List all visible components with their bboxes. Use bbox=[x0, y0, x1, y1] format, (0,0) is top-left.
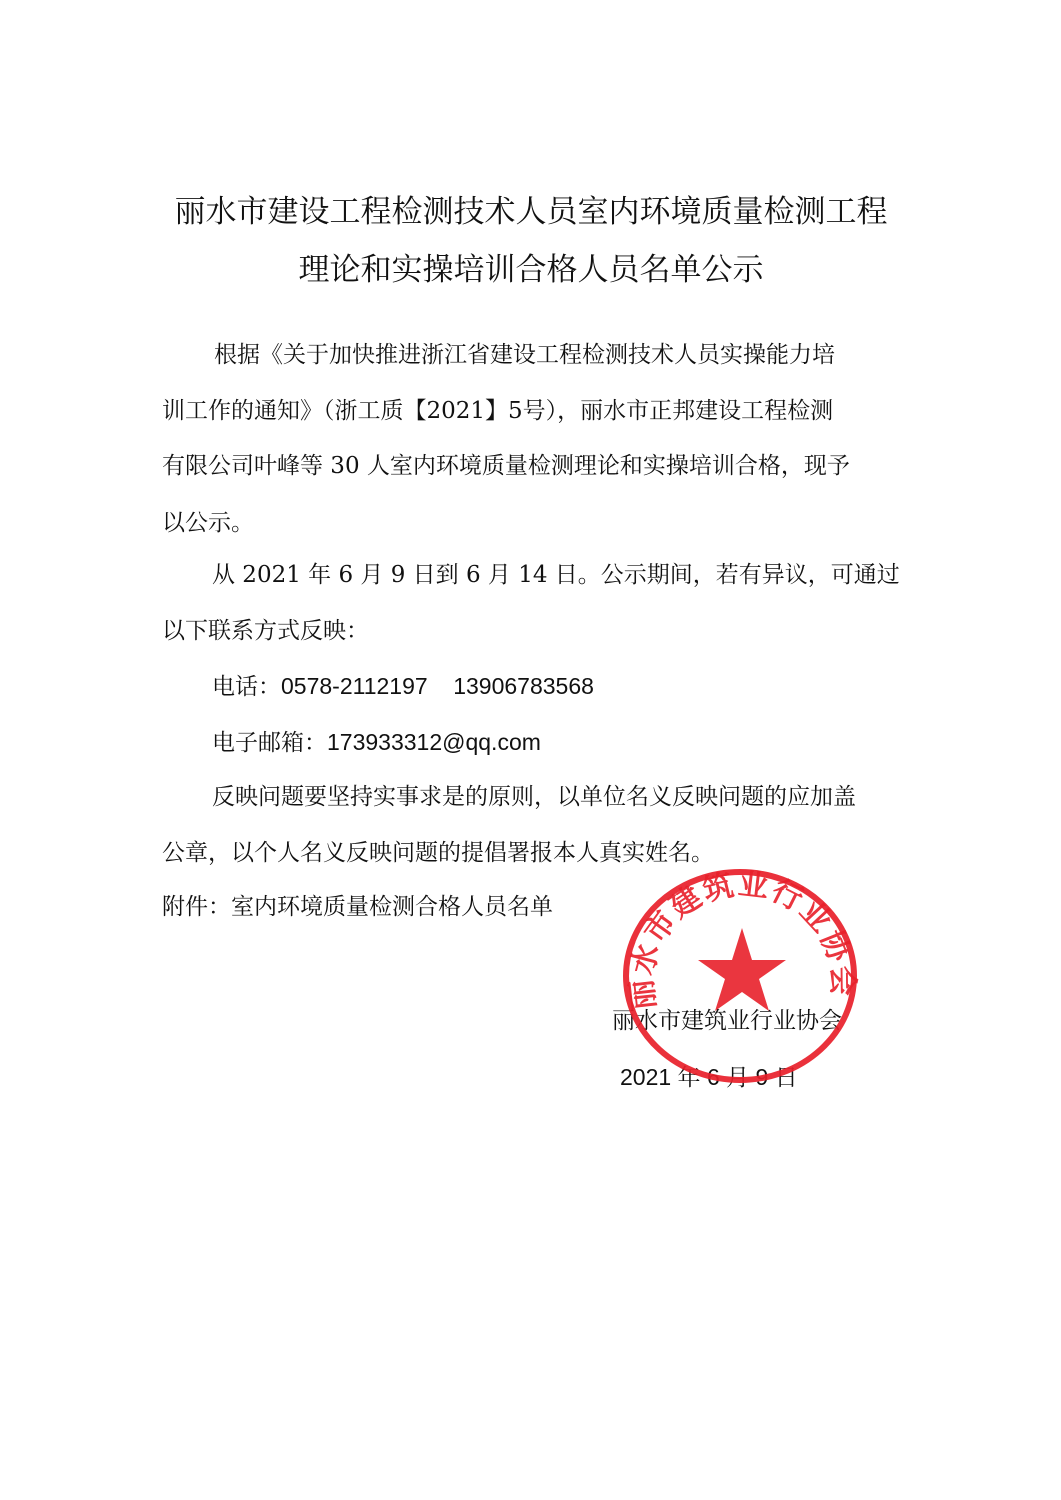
document-page: 丽水市建设工程检测技术人员室内环境质量检测工程 理论和实操培训合格人员名单公示 … bbox=[0, 0, 1061, 1500]
svg-text:丽水市建筑业行业协会: 丽水市建筑业行业协会 bbox=[624, 868, 859, 1011]
attachment-line: 附件：室内环境质量检测合格人员名单 bbox=[162, 894, 553, 920]
star-icon bbox=[698, 928, 786, 1011]
signature-organization: 丽水市建筑业行业协会 bbox=[612, 1008, 842, 1034]
signature-date: 2021 年 6 月 9 日 bbox=[620, 1064, 798, 1090]
document-title-line2: 理论和实操培训合格人员名单公示 bbox=[150, 254, 912, 286]
paragraph1-line4: 以公示。 bbox=[162, 510, 254, 536]
seal-text: 丽水市建筑业行业协会 bbox=[624, 868, 859, 1011]
phone-values: 0578-2112197 13906783568 bbox=[281, 673, 594, 699]
contact-email: 电子邮箱：173933312@qq.com bbox=[212, 729, 541, 756]
paragraph3-line2: 公章，以个人名义反映问题的提倡署报本人真实姓名。 bbox=[162, 840, 714, 866]
phone-label: 电话： bbox=[212, 674, 281, 700]
paragraph3-line1: 反映问题要坚持实事求是的原则，以单位名义反映问题的应加盖 bbox=[212, 784, 856, 810]
email-label: 电子邮箱： bbox=[212, 730, 327, 756]
paragraph1-line2: 训工作的通知》（浙工质【2021】5号），丽水市正邦建设工程检测 bbox=[162, 398, 833, 424]
attachment-label: 附件： bbox=[162, 894, 231, 920]
paragraph1-line1: 根据《关于加快推进浙江省建设工程检测技术人员实操能力培 bbox=[214, 342, 835, 368]
paragraph1-line3: 有限公司叶峰等 30 人室内环境质量检测理论和实操培训合格，现予 bbox=[162, 453, 850, 479]
contact-phone: 电话：0578-2112197 13906783568 bbox=[212, 673, 594, 700]
email-value: 173933312@qq.com bbox=[327, 729, 541, 755]
paragraph2-line2: 以下联系方式反映： bbox=[162, 618, 369, 644]
paragraph2-line1: 从 2021 年 6 月 9 日到 6 月 14 日。公示期间，若有异议，可通过 bbox=[212, 562, 900, 588]
document-title-line1: 丽水市建设工程检测技术人员室内环境质量检测工程 bbox=[150, 196, 912, 228]
attachment-text: 室内环境质量检测合格人员名单 bbox=[231, 894, 553, 920]
official-seal: 丽水市建筑业行业协会 bbox=[620, 868, 860, 1083]
